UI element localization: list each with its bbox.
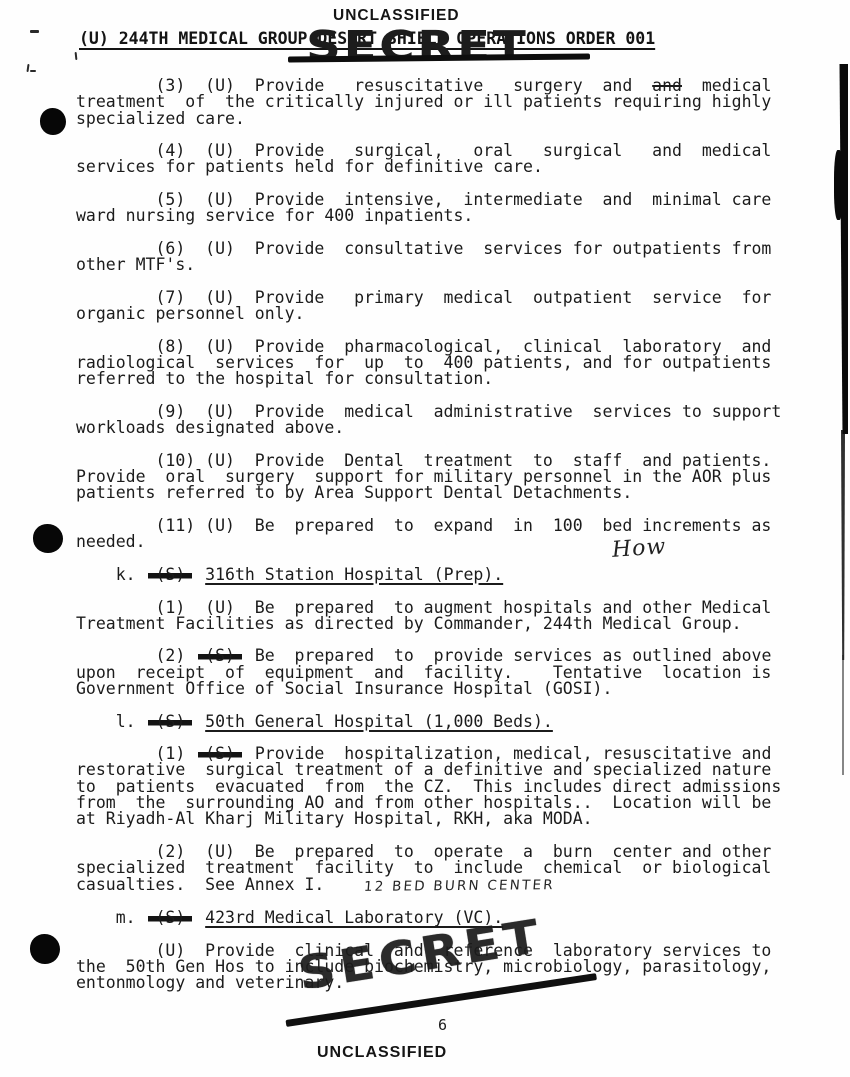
text-segment: services for patients held for definitiv… <box>76 157 543 176</box>
text-line: workloads designated above. <box>76 420 816 436</box>
text-segment: Government Office of Social Insurance Ho… <box>76 679 612 698</box>
para-6: (6) (U) Provide consultative services fo… <box>76 241 816 274</box>
text-line: k. (S) 316th Station Hospital (Prep). <box>76 567 816 583</box>
text-segment: m. <box>76 908 155 927</box>
para-l-2: (2) (U) Be prepared to operate a burn ce… <box>76 844 816 894</box>
text-segment: casualties. See Annex I. <box>76 875 364 894</box>
para-11: (11) (U) Be prepared to expand in 100 be… <box>76 518 816 551</box>
page-number: 6 <box>438 1016 447 1034</box>
text-line: (11) (U) Be prepared to expand in 100 be… <box>76 518 816 534</box>
text-segment: l. <box>76 712 155 731</box>
text-segment: organic personnel only. <box>76 304 304 323</box>
underlined-heading-text: 316th Station Hospital (Prep). <box>205 565 503 584</box>
para-8: (8) (U) Provide pharmacological, clinica… <box>76 339 816 388</box>
handwritten-annotation: 12 BED BURN CENTER <box>363 877 555 895</box>
text-line: needed. <box>76 534 816 550</box>
text-segment: other MTF's. <box>76 255 195 274</box>
heading-l: l. (S) 50th General Hospital (1,000 Beds… <box>76 714 816 730</box>
text-line: specialized care. <box>76 111 816 127</box>
text-line: Treatment Facilities as directed by Comm… <box>76 616 816 632</box>
scanned-document-page: UNCLASSIFIED (U) 244TH MEDICAL GROUP DES… <box>0 0 850 1077</box>
text-segment: workloads designated above. <box>76 418 344 437</box>
hole-punch-mark <box>40 108 66 135</box>
para-l-1: (1) (S) Provide hospitalization, medical… <box>76 746 816 827</box>
scan-speck <box>30 30 39 33</box>
text-segment <box>185 565 205 584</box>
scan-speck <box>30 70 36 72</box>
scan-edge-streak <box>841 430 845 660</box>
text-line: l. (S) 50th General Hospital (1,000 Beds… <box>76 714 816 730</box>
text-segment: referred to the hospital for consultatio… <box>76 369 493 388</box>
text-segment: Treatment Facilities as directed by Comm… <box>76 614 742 633</box>
scan-edge-streak <box>834 150 843 220</box>
underlined-heading-text: 50th General Hospital (1,000 Beds). <box>205 712 553 731</box>
text-line: ward nursing service for 400 inpatients. <box>76 208 816 224</box>
para-9: (9) (U) Provide medical administrative s… <box>76 404 816 437</box>
hole-punch-mark <box>30 934 60 964</box>
handwritten-note-how: How <box>611 534 667 563</box>
para-k-2: (2) (S) Be prepared to provide services … <box>76 648 816 697</box>
para-4: (4) (U) Provide surgical, oral surgical … <box>76 143 816 176</box>
text-segment: needed. <box>76 532 146 551</box>
heading-k: k. (S) 316th Station Hospital (Prep). <box>76 567 816 583</box>
hole-punch-mark <box>33 524 63 553</box>
text-line: at Riyadh-Al Kharj Military Hospital, RK… <box>76 811 816 827</box>
text-line: services for patients held for definitiv… <box>76 159 816 175</box>
text-segment <box>185 712 205 731</box>
text-segment: ward nursing service for 400 inpatients. <box>76 206 473 225</box>
classification-banner-bottom: UNCLASSIFIED <box>317 1044 447 1062</box>
scan-edge-streak <box>842 655 844 775</box>
text-line: other MTF's. <box>76 257 816 273</box>
text-line: referred to the hospital for consultatio… <box>76 371 816 387</box>
document-body: (3) (U) Provide resuscitative surgery an… <box>76 78 816 1008</box>
text-line: patients referred to by Area Support Den… <box>76 485 816 501</box>
text-line: Government Office of Social Insurance Ho… <box>76 681 816 697</box>
text-segment: patients referred to by Area Support Den… <box>76 483 632 502</box>
text-segment <box>185 908 205 927</box>
text-line: casualties. See Annex I. 12 BED BURN CEN… <box>76 877 816 894</box>
para-3: (3) (U) Provide resuscitative surgery an… <box>76 78 816 127</box>
text-line: organic personnel only. <box>76 306 816 322</box>
para-k-1: (1) (U) Be prepared to augment hospitals… <box>76 600 816 633</box>
text-segment: at Riyadh-Al Kharj Military Hospital, RK… <box>76 809 593 828</box>
para-7: (7) (U) Provide primary medical outpatie… <box>76 290 816 323</box>
para-5: (5) (U) Provide intensive, intermediate … <box>76 192 816 225</box>
text-segment: (11) (U) Be prepared to expand in 100 be… <box>76 516 771 535</box>
para-10: (10) (U) Provide Dental treatment to sta… <box>76 453 816 502</box>
scan-edge-streak <box>838 64 848 434</box>
scan-speck <box>75 52 78 60</box>
text-segment: specialized care. <box>76 109 245 128</box>
text-segment: k. <box>76 565 155 584</box>
